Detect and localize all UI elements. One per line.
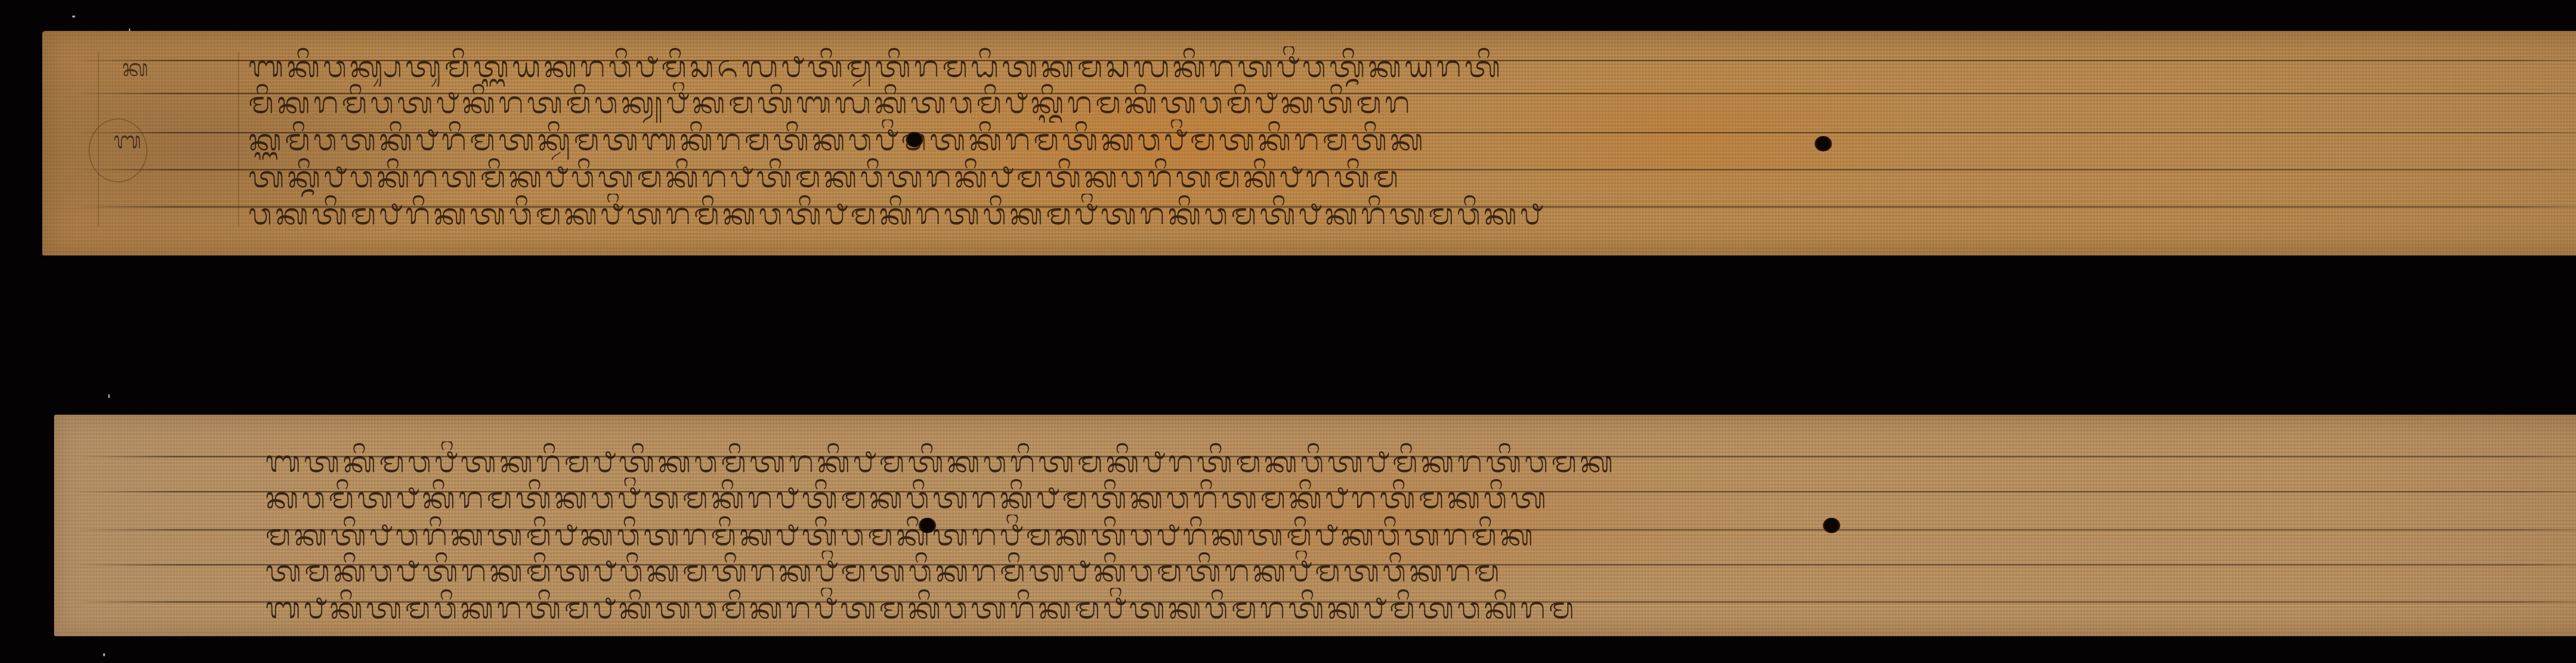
dust-speck	[103, 653, 105, 656]
text-line-5: ᬩᬨᬓᬶᬢᬫᬯᬶᬓᬭᬢᬶᬫᬨᬓᬶᬢᬯᬫᬶᬓᬭᬨᬶᬢᬫᬓᬶᬯᬢᬭᬶᬓᬫᬨᬶᬢᬓᬯᬶ…	[265, 588, 2496, 628]
balinese-text: ᬢᬫᬓᬶᬯᬨᬢᬶᬭᬓᬫᬶᬢᬨᬯᬶᬓᬫᬢᬶᬭᬓᬨᬶᬫᬢᬯᬶᬓᬭᬫᬶᬢᬨᬓᬶᬯᬫᬢᬶ…	[265, 551, 1502, 591]
text-line-2: ᬫᬶᬓᬭᬫᬶᬯᬢᬨᬓᬶᬭᬢᬫᬶᬯᬓ᭄ᬬᬨᬶᬓᬫᬢᬶᬩᬮᬓᬶᬢᬯᬫᬶᬨᬓ᭄ᬢᬶᬭᬫ…	[248, 82, 2495, 123]
text-line-1: ᬩᬓᬶᬯᬓ᭄ᬲᬢᬸᬫᬶᬢ᭄ᬩᬬᬓᬭᬯᬶᬨᬫᬶᬲᬏᬮᬨᬢᬶᬫ᭄ᬯᬢᬶᬭᬫᬟᬶᬢᬓᬫ…	[248, 46, 2495, 87]
text-line-3: ᬓ᭄ᬩᬫᬶᬯᬢᬓᬶᬨᬭᬶᬫᬢᬓ᭄ᬯᬶᬫᬢᬩᬓᬶᬭᬫᬢᬶᬓᬯᬨᬶᬫᬢᬓᬶᬭᬫᬢᬶᬓ…	[248, 120, 2495, 160]
text-line-3: ᬫᬓᬢᬶᬨᬯᬭᬶᬓᬢᬫᬶᬨᬓᬯᬶᬢᬭᬫᬶᬓᬨᬢᬶᬯᬫᬓᬶᬢᬭᬨᬶᬫᬓᬢᬶᬯᬨᬭᬶ…	[265, 515, 2496, 555]
balinese-text: ᬩᬢᬓᬶᬫᬯᬨᬶᬢᬓᬭᬶᬫᬨᬢᬶᬓᬯᬫᬶᬢᬭᬓᬶᬨᬫᬢᬶᬓᬯᬭᬶᬢᬫᬓᬶᬨᬭᬢᬶ…	[265, 441, 1616, 482]
text-line-4: ᬢᬓ᭄ᬫᬶᬨᬯᬓᬶᬭᬢᬫᬶᬓᬨᬯᬶᬢᬫᬓᬶᬭᬨᬢᬶᬫᬓᬯᬶᬢᬭᬓᬶᬨᬫᬢᬶᬓᬯᬭ…	[248, 157, 2495, 197]
balinese-text: ᬓ᭄ᬩᬫᬶᬯᬢᬓᬶᬨᬭᬶᬫᬢᬓ᭄ᬯᬶᬫᬢᬩᬓᬶᬭᬫᬢᬶᬓᬯᬨᬶᬫᬢᬓᬶᬭᬫᬢᬶᬓ…	[248, 120, 1426, 160]
dust-speck	[108, 394, 110, 398]
balinese-text: ᬯᬓᬢᬶᬫᬨᬭᬶᬓᬢᬯᬶᬫᬓᬨᬶᬢᬭᬫᬶᬓᬯᬢᬶᬨᬫᬓᬶᬭᬢᬯᬶᬓᬫᬨᬶᬢᬭᬓᬶ…	[248, 194, 1546, 234]
string-hole-left	[906, 132, 923, 147]
text-line-1: ᬩᬢᬓᬶᬫᬯᬨᬶᬢᬓᬭᬶᬫᬨᬢᬶᬓᬯᬫᬶᬢᬭᬓᬶᬨᬫᬢᬶᬓᬯᬭᬶᬢᬫᬓᬶᬨᬭᬢᬶ…	[265, 441, 2496, 482]
balinese-text: ᬫᬶᬓᬭᬫᬶᬯᬢᬨᬓᬶᬭᬢᬫᬶᬯᬓ᭄ᬬᬨᬶᬓᬫᬢᬶᬩᬮᬓᬶᬢᬯᬫᬶᬨᬓ᭄ᬢᬶᬭᬫ…	[248, 82, 1413, 123]
balinese-text: ᬫᬓᬢᬶᬨᬯᬭᬶᬓᬢᬫᬶᬨᬓᬯᬶᬢᬭᬫᬶᬓᬨᬢᬶᬯᬫᬓᬶᬢᬭᬨᬶᬫᬓᬢᬶᬯᬨᬭᬶ…	[265, 515, 1536, 555]
balinese-text: ᬩᬨᬓᬶᬢᬫᬯᬶᬓᬭᬢᬶᬫᬨᬓᬶᬢᬯᬫᬶᬓᬭᬨᬶᬢᬫᬓᬶᬯᬢᬭᬶᬓᬫᬨᬶᬢᬓᬯᬶ…	[265, 588, 1577, 628]
text-line-4: ᬢᬫᬓᬶᬯᬨᬢᬶᬭᬓᬫᬶᬢᬨᬯᬶᬓᬫᬢᬶᬭᬓᬨᬶᬫᬢᬯᬶᬓᬭᬫᬶᬢᬨᬓᬶᬯᬫᬢᬶ…	[265, 551, 2496, 591]
string-hole-left	[919, 518, 936, 533]
dust-speck	[72, 15, 75, 18]
margin-rule	[238, 52, 239, 227]
balinese-text: ᬩᬓᬶᬯᬓ᭄ᬲᬢᬸᬫᬶᬢ᭄ᬩᬬᬓᬭᬯᬶᬨᬫᬶᬲᬏᬮᬨᬢᬶᬫ᭄ᬯᬢᬶᬭᬫᬟᬶᬢᬓᬫ…	[248, 46, 1503, 87]
balinese-text: ᬓᬯᬫᬶᬢᬨᬓᬶᬭᬫᬢᬶᬓᬯᬨᬶᬢᬫᬓᬶᬭᬨᬢᬶᬫᬓᬯᬶᬢᬭᬓᬶᬨᬫᬢᬶᬓᬯᬭᬶ…	[265, 478, 1549, 518]
margin-numeral-top: ᬓ	[122, 52, 148, 94]
string-hole-right	[1815, 136, 1832, 151]
text-line-5: ᬯᬓᬢᬶᬫᬨᬭᬶᬓᬢᬯᬶᬫᬓᬨᬶᬢᬭᬫᬶᬓᬯᬢᬶᬨᬫᬓᬶᬭᬢᬯᬶᬓᬫᬨᬶᬢᬭᬓᬶ…	[248, 194, 2495, 234]
balinese-text: ᬢᬓ᭄ᬫᬶᬨᬯᬓᬶᬭᬢᬫᬶᬓᬨᬯᬶᬢᬫᬓᬶᬭᬨᬢᬶᬫᬓᬯᬶᬢᬭᬓᬶᬨᬫᬢᬶᬓᬯᬭ…	[248, 157, 1401, 197]
string-hole-right	[1823, 518, 1840, 533]
margin-numeral-center: ᬩ	[113, 124, 141, 166]
manuscript-leaf-1: ᬓ ᬩ ᬩᬓᬶᬯᬓ᭄ᬲᬢᬸᬫᬶᬢ᭄ᬩᬬᬓᬭᬯᬶᬨᬫᬶᬲᬏᬮᬨᬢᬶᬫ᭄ᬯᬢᬶᬭᬫᬟ…	[42, 31, 2576, 256]
text-line-2: ᬓᬯᬫᬶᬢᬨᬓᬶᬭᬫᬢᬶᬓᬯᬨᬶᬢᬫᬓᬶᬭᬨᬢᬶᬫᬓᬯᬶᬢᬭᬓᬶᬨᬫᬢᬶᬓᬯᬭᬶ…	[265, 478, 2496, 518]
manuscript-leaf-2: ᬩᬢᬓᬶᬫᬯᬨᬶᬢᬓᬭᬶᬫᬨᬢᬶᬓᬯᬫᬶᬢᬭᬓᬶᬨᬫᬢᬶᬓᬯᬭᬶᬢᬫᬓᬶᬨᬭᬢᬶ…	[54, 415, 2576, 636]
